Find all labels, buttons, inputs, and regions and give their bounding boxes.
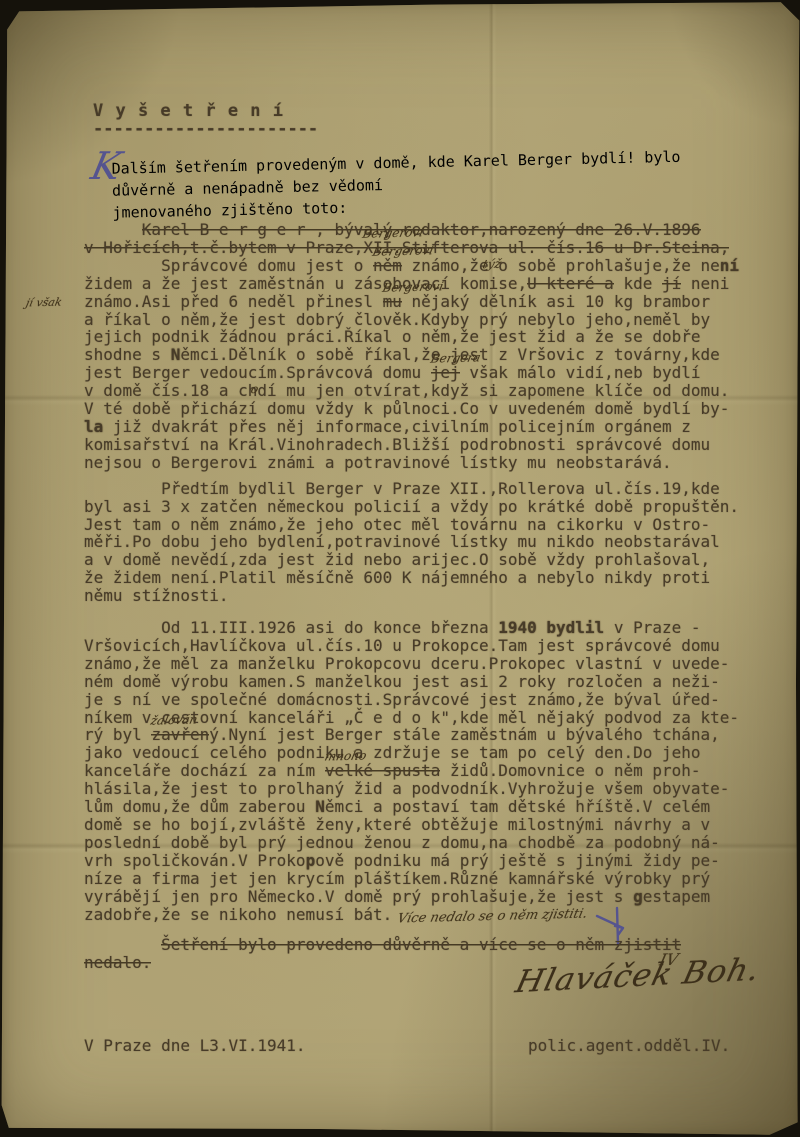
typed-text: známo,že <box>402 256 489 275</box>
typed-text: zadobře,že se nikoho nemusí bát. <box>84 905 392 924</box>
typed-line: Vršovicích,Havlíčkova ul.čís.10 u Prokop… <box>84 637 774 655</box>
margin-handwriting: jí však <box>24 293 64 312</box>
typed-text: domě se ho bojí,zvláště ženy,které obtěž… <box>84 815 710 834</box>
typed-text: V té době přichází domu vždy k půlnoci.C… <box>84 399 729 418</box>
typed-body: Karel B e r g e r , bývalý redaktor,naro… <box>84 221 774 972</box>
struck-text: jí <box>662 274 681 293</box>
struck-text: Šetření bylo provedeno důvěrně a více se… <box>161 935 681 954</box>
typed-line: poslední době byl prý jednou ženou z dom… <box>84 834 774 852</box>
typed-text: známo,že měl za manželku Prokopcovu dcer… <box>84 654 729 673</box>
struck-text: nedalo. <box>84 953 151 972</box>
typed-line: lům domu,že dům zaberou Němci a postaví … <box>84 798 774 816</box>
typed-line: v domě čís.18 a chodí mu jen otvírat,kdy… <box>84 382 774 400</box>
scanned-document: V y š e t ř e n í ----------------------… <box>0 0 800 1137</box>
typed-text: lům domu,že dům zaberou <box>84 797 315 816</box>
typed-line: nejsou o Bergerovi známi a potravinové l… <box>84 454 774 472</box>
typed-text: židem a že jest zaměstnán u zásobovací k… <box>84 274 527 293</box>
correction: němBergerovi <box>373 257 402 275</box>
office-designation: polic.agent.odděl.IV. <box>528 1036 730 1055</box>
typed-text: Předtím bydlil Berger v Praze XII.,Rolle… <box>84 479 720 498</box>
typed-line: Předtím bydlil Berger v Praze XII.,Rolle… <box>84 480 774 498</box>
paragraph-1: Správcové domu jest o němBergerovi známo… <box>84 257 774 472</box>
typed-text: nejsou o Bergerovi známi a potravinové l… <box>84 453 672 472</box>
overtyped-text: ní <box>720 256 739 275</box>
typed-text: kanceláře dochází za ním <box>84 761 325 780</box>
overtyped-text: 1940 <box>498 618 537 637</box>
handwritten-note: Dalším šetřením provedeným v domě, kde K… <box>111 144 752 223</box>
handwritten-end-note: Více nedalo se o něm zjistiti. <box>396 905 590 928</box>
typed-line: Správcové domu jest o němBergerovi známo… <box>84 257 774 275</box>
typed-line: ném domě výrobu kamen.S manželkou jest a… <box>84 673 774 691</box>
struck-text: něm <box>373 256 402 275</box>
typed-line: jest Berger vedoucím.Správcová domu jejB… <box>84 364 774 382</box>
typed-text: nějaký dělník asi 10 kg brambor <box>402 292 710 311</box>
typed-text: jako vedoucí celého podniku a zdržuje se… <box>84 743 701 762</box>
typed-line: že židem není.Platil měsíčně 600 K nájem… <box>84 569 774 587</box>
typed-text: hlásila,že jest to prolhaný žid a podvod… <box>84 779 729 798</box>
overtyped-text: g <box>633 887 643 906</box>
paragraph-3: Od 11.III.1926 asi do konce března 1940 … <box>84 619 774 925</box>
title-underline: ---------------------- <box>93 119 318 139</box>
typed-text: dí mu jen otvírat,když si zapomene klíče… <box>257 381 729 400</box>
typed-text: estapem <box>643 887 710 906</box>
typed-text: židů.Domovnice o něm proh- <box>440 761 700 780</box>
typed-text: známo.Asi před 6 neděl přinesl <box>84 292 383 311</box>
typed-line: jí všakznámo.Asi před 6 neděl přinesl mu… <box>84 293 774 311</box>
typed-line: měři.Po dobu jeho bydlení,potravinové lí… <box>84 533 774 551</box>
typed-text: však málo vidí,neb bydlí <box>460 363 701 382</box>
typed-text: a v domě nevědí,zda jest žid nebo arijec… <box>84 550 710 569</box>
handwritten-correction: Bergera <box>429 352 481 365</box>
typed-text: Vršovicích,Havlíčkova ul.čís.10 u Prokop… <box>84 636 720 655</box>
typed-line: je s ní ve společné domácnosti.Správcové… <box>84 691 774 709</box>
handwritten-correction: Bergerovi <box>362 226 425 240</box>
correction: muBergerovi <box>383 293 402 311</box>
typed-line: a v domě nevědí,zda jest žid nebo arijec… <box>84 551 774 569</box>
typed-text: poslední době byl prý jednou ženou z dom… <box>84 833 720 852</box>
overtyped-text: N <box>171 345 181 364</box>
typed-text <box>84 935 161 954</box>
overtyped-text: la <box>84 417 103 436</box>
typed-line: domě se ho bojí,zvláště ženy,které obtěž… <box>84 816 774 834</box>
typed-text: ý.Nyní jest Berger stále zaměstnám u býv… <box>209 725 720 744</box>
typed-line: hlásila,že jest to prolhaný žid a podvod… <box>84 780 774 798</box>
typed-text: měři.Po dobu jeho bydlení,potravinové lí… <box>84 532 720 551</box>
typed-text: byl asi 3 x zatčen německou policií a vž… <box>84 497 739 516</box>
typed-line: Karel B e r g e r , bývalý redaktor,naro… <box>84 221 774 239</box>
typed-line: komisařství na Král.Vinohradech.Bližší p… <box>84 436 774 454</box>
typed-text: vrh spoličkován.V Proko <box>84 851 306 870</box>
handwritten-correction: Bergerovi <box>381 280 444 294</box>
struck-text: v Hořicích,t.č.bytem v Praze, <box>84 238 363 257</box>
typed-line: jejich podnik žádnou práci.Říkal o něm,ž… <box>84 328 774 346</box>
typed-line: rý byl zavřenžalováný.Nyní jest Berger s… <box>84 726 774 744</box>
typed-text: ěmci a postaví tam dětské hříště.V celém <box>325 797 710 816</box>
paragraph-2: Předtím bydlil Berger v Praze XII.,Rolle… <box>84 480 774 605</box>
typed-text: němu stížnosti. <box>84 586 229 605</box>
typed-text: kde <box>614 274 662 293</box>
typed-line: la již dvakrát přes něj informace,civiln… <box>84 418 774 436</box>
typed-text: jest Berger vedoucím.Správcová domu <box>84 363 431 382</box>
typed-text: shodne s <box>84 345 171 364</box>
typed-line: níze a firma jet jen krycím pláštíkem.Rů… <box>84 870 774 888</box>
typed-text: rý byl <box>84 725 151 744</box>
typed-text: ném domě výrobu kamen.S manželkou jest a… <box>84 672 720 691</box>
typed-text: Správcové domu jest o <box>84 256 373 275</box>
typed-text: a říkal o něm,že jest dobrý člověk.Kdyby… <box>84 310 710 329</box>
overtyped-text: p <box>306 851 316 870</box>
typed-text: níze a firma jet jen krycím pláštíkem.Rů… <box>84 869 710 888</box>
overtyped-text: N <box>315 797 325 816</box>
place-and-date: V Praze dne L3.VI.1941. <box>84 1036 306 1055</box>
typed-text: komisařství na Král.Vinohradech.Bližší p… <box>84 435 710 454</box>
typed-text <box>537 618 547 637</box>
typed-text: neni <box>681 274 729 293</box>
correction: zavřenžalován <box>151 726 209 744</box>
typed-line: známo,že měl za manželku Prokopcovu dcer… <box>84 655 774 673</box>
typed-line: Od 11.III.1926 asi do konce března 1940 … <box>84 619 774 637</box>
typed-line: jako vedoucí celého podniku a zdržuje se… <box>84 744 774 762</box>
typed-line: byl asi 3 x zatčen německou policií a vž… <box>84 498 774 516</box>
typed-text: o sobě prohlašuje,že ne <box>489 256 720 275</box>
typed-line: a říkal o něm,že jest dobrý člověk.Kdyby… <box>84 311 774 329</box>
handwritten-correction: žalován <box>150 714 199 727</box>
typed-line: Jest tam o něm známo,že jeho otec měl to… <box>84 516 774 534</box>
typed-text: ově podniku má prý ještě s jinými židy p… <box>315 851 720 870</box>
struck-text: U které a <box>527 274 614 293</box>
handwritten-correction: mnoho <box>323 750 367 763</box>
paper-sheet: V y š e t ř e n í ----------------------… <box>0 0 800 1137</box>
typed-text: již dvakrát přes něj informace,civilním … <box>103 417 691 436</box>
typed-text: je s ní ve společné domácnosti.Správcové… <box>84 690 720 709</box>
typed-text <box>84 220 142 239</box>
correction: jejBergera <box>431 364 460 382</box>
overtyped-text: bydlil <box>546 618 604 637</box>
signature: Hlaváček Boh. <box>512 952 764 1001</box>
typed-text: Jest tam o něm známo,že jeho otec měl to… <box>84 515 710 534</box>
typed-line: V té době přichází domu vždy k půlnoci.C… <box>84 400 774 418</box>
typed-text: v Praze - <box>604 618 700 637</box>
struck-text: jej <box>431 363 460 382</box>
typed-text: jejich podnik žádnou práci.Říkal o něm,ž… <box>84 327 701 346</box>
signature-block: IV Hlaváček Boh. <box>518 958 758 994</box>
typed-text: že židem není.Platil měsíčně 600 K nájem… <box>84 568 710 587</box>
correction: velké spustamnoho <box>325 762 441 780</box>
typed-text: Od 11.III.1926 asi do konce března <box>84 618 498 637</box>
typed-text: vyrábějí jen pro Německo.V domě prý proh… <box>84 887 633 906</box>
typed-text: v domě čís.18 a ch <box>84 381 257 400</box>
typed-line: vyrábějí jen pro Německo.V domě prý proh… <box>84 888 774 906</box>
handwritten-correction: Bergerovi <box>371 244 434 258</box>
typed-line: kanceláře dochází za ním velké spustamno… <box>84 762 774 780</box>
typed-line: němu stížnosti. <box>84 587 774 605</box>
typed-line: vrh spoličkován.V Prokopově podniku má p… <box>84 852 774 870</box>
struck-text: velké spusta <box>325 761 441 780</box>
document-title: V y š e t ř e n í <box>93 101 284 121</box>
struck-text: zavřen <box>151 725 209 744</box>
typed-line: zadobře,že se nikoho nemusí bát.Více ned… <box>84 906 774 926</box>
handwritten-insertion: týž <box>481 258 502 270</box>
struck-text: ul. čís.16 u Dr.Steina, <box>498 238 729 257</box>
